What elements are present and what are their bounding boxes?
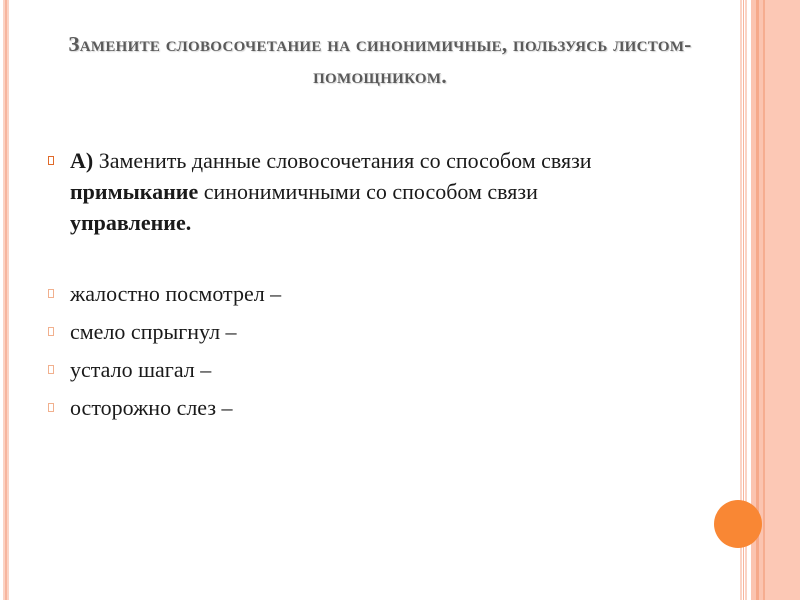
slide-content: А) Заменить данные словосочетания со спо… bbox=[48, 145, 658, 430]
square-bullet-icon bbox=[48, 156, 54, 165]
list-item: устало шагал – bbox=[48, 354, 658, 385]
square-bullet-icon bbox=[48, 327, 54, 336]
square-bullet-icon bbox=[48, 403, 54, 412]
list-item: осторожно слез – bbox=[48, 392, 658, 423]
slide-title: Замените словосочетание на синонимичные,… bbox=[60, 28, 700, 92]
square-bullet-icon bbox=[48, 365, 54, 374]
list-item-text: смело спрыгнул – bbox=[70, 319, 237, 344]
task-text-1: Заменить данные словосочетания со способ… bbox=[93, 148, 591, 173]
list-item-text: жалостно посмотрел – bbox=[70, 281, 281, 306]
square-bullet-icon bbox=[48, 289, 54, 298]
list-item: смело спрыгнул – bbox=[48, 316, 658, 347]
task-text-2: синонимичными со способом связи bbox=[198, 179, 538, 204]
task-label: А) bbox=[70, 148, 93, 173]
task-instruction: А) Заменить данные словосочетания со спо… bbox=[48, 145, 658, 238]
task-bold-2: управление. bbox=[70, 210, 191, 235]
orange-circle-decoration bbox=[714, 500, 762, 548]
left-decorative-border bbox=[0, 0, 12, 600]
list-item-text: осторожно слез – bbox=[70, 395, 233, 420]
task-bold-1: примыкание bbox=[70, 179, 198, 204]
list-item-text: устало шагал – bbox=[70, 357, 211, 382]
list-item: жалостно посмотрел – bbox=[48, 278, 658, 309]
